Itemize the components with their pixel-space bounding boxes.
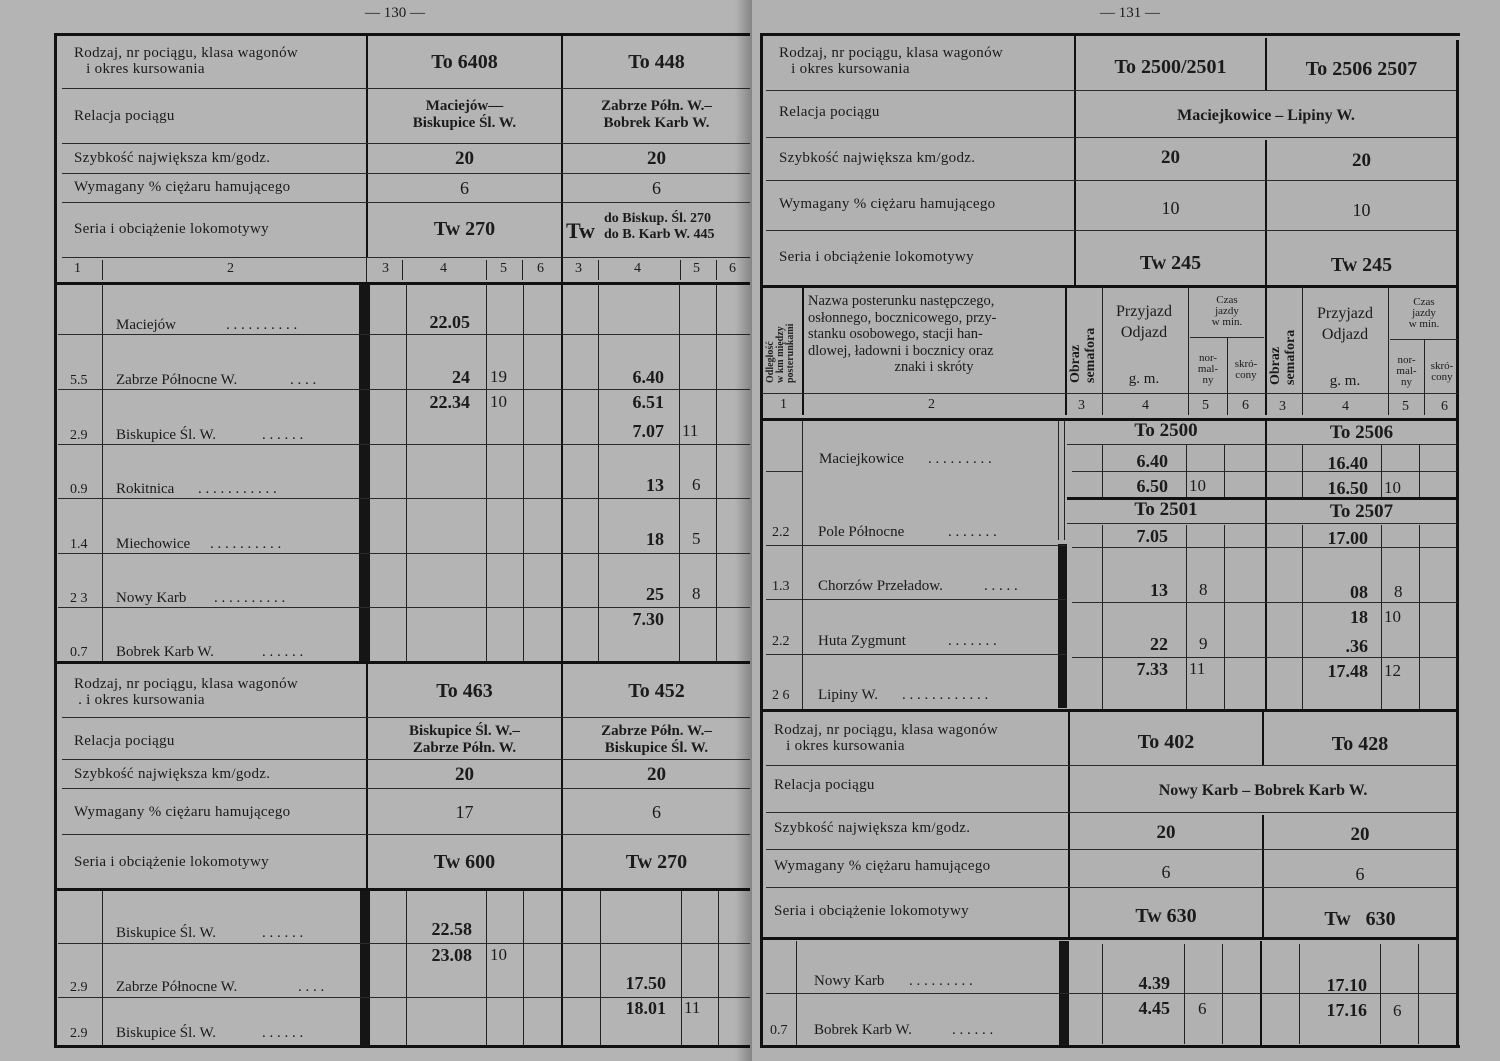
header-arr-dep: PrzyjazdOdjazd [1304, 303, 1386, 345]
train-2500-name: To 2500/2501 [1076, 56, 1265, 79]
label-train-kind: Rodzaj, nr pociągu, klasa wagonów . i ok… [74, 676, 298, 708]
column-header-row: Odległośćw km międzyposterunkami Nazwa p… [762, 287, 1458, 417]
run-time-cell: 10 [490, 392, 507, 412]
divider [523, 891, 524, 1046]
divider [598, 284, 599, 662]
row-rule [762, 709, 1458, 712]
train-402-brake: 6 [1070, 862, 1262, 883]
train-2500-brake: 10 [1076, 198, 1265, 219]
train-452-relation: Zabrze Półn. W.–Biskupice Śl. W. [563, 723, 750, 757]
label-brake-pct: Wymagany % ciężaru hamującego [774, 858, 990, 874]
row-rule [1067, 523, 1457, 524]
divider [716, 284, 717, 662]
header-normal: nor-mal-ny [1390, 355, 1423, 388]
train-6408-relation: Maciejów—Biskupice Śl. W. [368, 98, 561, 132]
divider [1186, 525, 1187, 710]
divider [1265, 420, 1267, 710]
divider [1102, 525, 1103, 710]
track-bar [360, 891, 370, 1046]
row-rule [766, 230, 1456, 231]
label-loco: Seria i obciążenie lokomotywy [74, 854, 269, 870]
track-bar [1058, 544, 1067, 708]
train-463-relation: Biskupice Śl. W.–Zabrze Półn. W. [368, 723, 561, 757]
header-run-time: Czasjazdyw min. [1190, 295, 1264, 328]
row-rule [56, 661, 750, 664]
time-cell: 18.01 [602, 998, 666, 1019]
time-cell: 6.51 [600, 392, 664, 413]
label-brake-pct: Wymagany % ciężaru hamującego [74, 804, 290, 820]
row-rule [62, 88, 750, 89]
row-rule [58, 334, 750, 335]
sub-train-2506: To 2506 [1267, 422, 1456, 444]
header-normal: nor-mal-ny [1190, 353, 1226, 386]
train-448-speed: 20 [563, 148, 750, 170]
frame-top-rule [760, 33, 1460, 36]
divider [1381, 525, 1382, 710]
header-arr-dep: PrzyjazdOdjazd [1104, 301, 1184, 343]
train-2506-speed: 20 [1267, 150, 1456, 172]
header-distance: Odległośćw km międzyposterunkami [766, 324, 796, 383]
row-rule [1072, 657, 1457, 658]
row-rule [766, 765, 1456, 766]
time-cell: 17.10 [1301, 975, 1367, 996]
frame-right-edge [1456, 40, 1459, 1048]
header-station-name: Nazwa posterunku następczego,osłonnego, … [808, 293, 1060, 376]
run-time-cell: 19 [490, 367, 507, 387]
time-cell: 7.07 [600, 421, 664, 442]
label-loco: Seria i obciążenie lokomotywy [74, 221, 269, 237]
divider [102, 891, 103, 1046]
row-rule [58, 943, 750, 944]
train-6408-loco: Tw 270 [368, 218, 561, 241]
row-rule [58, 553, 750, 554]
train-6408-brake: 6 [368, 178, 561, 199]
train-428-loco: Tw 630 [1264, 908, 1456, 931]
row-rule [58, 498, 750, 499]
frame-bottom-rule [54, 1045, 750, 1048]
run-time-cell: 10 [490, 945, 507, 965]
row-rule [762, 937, 1458, 940]
label-train-kind: Rodzaj, nr pociągu, klasa wagonów i okre… [774, 722, 998, 754]
time-cell: 25 [600, 584, 664, 605]
divider [1418, 944, 1419, 1044]
label-relation: Relacja pociągu [779, 104, 880, 120]
train-448-loco: Tw do Biskup. Śl. 270do B. Karb W. 445 [566, 210, 750, 250]
label-max-speed: Szybkość największa km/godz. [74, 150, 270, 166]
time-cell: 18 [600, 529, 664, 550]
train-448-brake: 6 [563, 178, 750, 199]
time-cell: .36 [1304, 636, 1368, 657]
row-rule [1072, 602, 1457, 603]
divider [718, 891, 719, 1046]
divider [1380, 944, 1381, 1044]
sub-train-2507: To 2507 [1267, 501, 1456, 523]
divider [486, 891, 487, 1046]
time-cell: 7.05 [1104, 526, 1168, 547]
label-relation: Relacja pociągu [74, 733, 175, 749]
header-shortened: skró-cony [1425, 361, 1459, 383]
run-time-cell: 11 [684, 998, 700, 1018]
time-cell: 23.08 [408, 945, 472, 966]
train-428-name: To 428 [1264, 733, 1456, 756]
train-463-loco: Tw 600 [368, 851, 561, 874]
time-cell: 7.30 [600, 609, 664, 630]
row-rule [62, 759, 750, 760]
page-130: — 130 — Rodzaj, nr pociągu, klasa wagonó… [0, 0, 752, 1061]
run-time-cell: 11 [682, 421, 698, 441]
row-rule [766, 654, 1066, 655]
time-cell: 4.45 [1104, 998, 1170, 1019]
track-bar [359, 284, 370, 662]
train-6408-name: To 6408 [368, 51, 561, 74]
time-cell: 22 [1104, 634, 1168, 655]
relation-402-428: Nowy Karb – Bobrek Karb W. [1070, 782, 1456, 799]
header-signal: Obrazsemafora [1068, 328, 1098, 383]
time-cell: 17.16 [1301, 1000, 1367, 1021]
time-cell: 17.48 [1304, 661, 1368, 682]
row-rule [766, 849, 1456, 850]
row-rule [62, 202, 750, 203]
row-rule [62, 143, 750, 144]
row-rule [766, 545, 1066, 546]
run-time-cell: 6 [692, 475, 701, 495]
time-cell: 6.50 [1104, 476, 1168, 497]
divider [523, 284, 524, 662]
train-2500-loco: Tw 245 [1076, 252, 1265, 275]
train-2500-speed: 20 [1076, 147, 1265, 169]
divider [561, 891, 563, 1046]
label-brake-pct: Wymagany % ciężaru hamującego [779, 196, 995, 212]
train-463-name: To 463 [368, 680, 561, 703]
row-rule [58, 389, 750, 390]
page-131: — 131 — Rodzaj, nr pociągu, klasa wagonó… [752, 0, 1500, 1061]
divider [1064, 420, 1065, 540]
label-max-speed: Szybkość największa km/godz. [779, 150, 975, 166]
time-cell: 16.40 [1304, 453, 1368, 474]
time-cell: 6.40 [1104, 451, 1168, 472]
row-rule [766, 887, 1456, 888]
relation-2500-2506: Maciejkowice – Lipiny W. [1076, 107, 1456, 124]
train-452-name: To 452 [563, 680, 750, 703]
row-rule [766, 812, 1456, 813]
label-max-speed: Szybkość największa km/godz. [74, 766, 270, 782]
run-time-cell: 9 [1199, 634, 1208, 654]
divider [802, 420, 803, 710]
row-rule [766, 90, 1456, 91]
row-rule [62, 173, 750, 174]
time-cell: 22.58 [408, 919, 472, 940]
time-cell: 22.34 [408, 392, 470, 413]
divider [600, 891, 601, 1046]
row-rule [1072, 547, 1457, 548]
label-train-kind: Rodzaj, nr pociągu, klasa wagonów i okre… [74, 45, 298, 77]
train-428-brake: 6 [1264, 864, 1456, 885]
time-cell: 13 [1104, 580, 1168, 601]
row-rule [766, 137, 1456, 138]
column-number-row: 1 2 3 4 5 6 3 4 5 6 [62, 258, 750, 282]
divider [1222, 944, 1223, 1044]
run-time-cell: 5 [692, 529, 701, 549]
time-cell: 6.40 [600, 367, 664, 388]
train-402-speed: 20 [1070, 822, 1262, 844]
label-train-kind: Rodzaj, nr pociągu, klasa wagonów i okre… [779, 45, 1003, 77]
run-time-cell: 10 [1384, 478, 1401, 498]
divider [1299, 944, 1300, 1044]
header-signal: Obrazsemafora [1268, 330, 1298, 385]
frame-top-rule [54, 33, 750, 36]
run-time-cell: 8 [692, 584, 701, 604]
train-402-loco: Tw 630 [1070, 905, 1262, 928]
frame-left-edge [54, 33, 57, 1048]
row-rule [58, 444, 750, 445]
divider [561, 284, 563, 662]
divider [102, 284, 103, 662]
row-rule [62, 834, 750, 835]
sub-train-2500: To 2500 [1067, 420, 1265, 442]
row-rule [766, 599, 1066, 600]
header-hm: g. m. [1304, 373, 1386, 390]
run-time-cell: 6 [1198, 999, 1207, 1019]
train-6408-speed: 20 [368, 148, 561, 170]
label-brake-pct: Wymagany % ciężaru hamującego [74, 179, 290, 195]
train-463-speed: 20 [368, 764, 561, 786]
train-2506-brake: 10 [1267, 200, 1456, 221]
time-cell: 08 [1304, 582, 1368, 603]
time-cell: 18 [1304, 607, 1368, 628]
time-cell: 16.50 [1304, 478, 1368, 499]
train-448-relation: Zabrze Półn. W.–Bobrek Karb W. [563, 98, 750, 132]
label-relation: Relacja pociągu [74, 108, 175, 124]
sub-train-2501: To 2501 [1067, 499, 1265, 521]
row-rule [766, 471, 802, 472]
run-time-cell: 6 [1393, 1001, 1402, 1021]
run-time-cell: 12 [1384, 661, 1401, 681]
row-rule [766, 180, 1456, 181]
train-2506-name: To 2506 2507 [1267, 58, 1456, 81]
divider [681, 891, 682, 1046]
row-rule [62, 717, 750, 718]
train-428-speed: 20 [1264, 824, 1456, 846]
time-cell: 22.05 [408, 312, 470, 333]
run-time-cell: 8 [1199, 580, 1208, 600]
divider [1184, 944, 1185, 1044]
row-rule [1067, 444, 1457, 445]
divider [1102, 944, 1103, 1044]
train-452-speed: 20 [563, 764, 750, 786]
time-cell: 17.50 [602, 973, 666, 994]
time-cell: 7.33 [1104, 659, 1168, 680]
train-463-brake: 17 [368, 802, 561, 823]
label-relation: Relacja pociągu [774, 777, 875, 793]
row-rule [62, 788, 750, 789]
header-run-time: Czasjazdyw min. [1390, 297, 1458, 330]
label-max-speed: Szybkość największa km/godz. [774, 820, 970, 836]
train-452-loco: Tw 270 [563, 851, 750, 874]
page-number: — 130 — [365, 5, 425, 22]
divider [486, 284, 487, 662]
divider [679, 284, 680, 662]
divider [1058, 420, 1059, 540]
header-hm: g. m. [1104, 371, 1184, 388]
train-2506-loco: Tw 245 [1267, 254, 1456, 277]
run-time-cell: 10 [1384, 607, 1401, 627]
divider [406, 891, 407, 1046]
run-time-cell: 10 [1189, 476, 1206, 496]
train-448-name: To 448 [563, 51, 750, 74]
row-rule [58, 607, 750, 608]
time-cell: 13 [600, 475, 664, 496]
time-cell: 24 [408, 367, 470, 388]
frame-bottom-rule [760, 1045, 1460, 1048]
train-402-name: To 402 [1070, 731, 1262, 754]
label-loco: Seria i obciążenie lokomotywy [779, 249, 974, 265]
page-number: — 131 — [1100, 5, 1160, 22]
divider [1224, 525, 1225, 710]
row-rule [56, 282, 750, 285]
run-time-cell: 11 [1189, 659, 1205, 679]
label-loco: Seria i obciążenie lokomotywy [774, 903, 969, 919]
run-time-cell: 8 [1394, 582, 1403, 602]
time-cell: 4.39 [1104, 973, 1170, 994]
divider [1302, 525, 1303, 710]
frame-left-edge [760, 33, 763, 1048]
header-shortened: skró-cony [1228, 359, 1264, 381]
row-rule [56, 888, 750, 891]
train-452-brake: 6 [563, 802, 750, 823]
divider [1419, 525, 1420, 710]
time-cell: 17.00 [1304, 528, 1368, 549]
divider [406, 284, 407, 662]
